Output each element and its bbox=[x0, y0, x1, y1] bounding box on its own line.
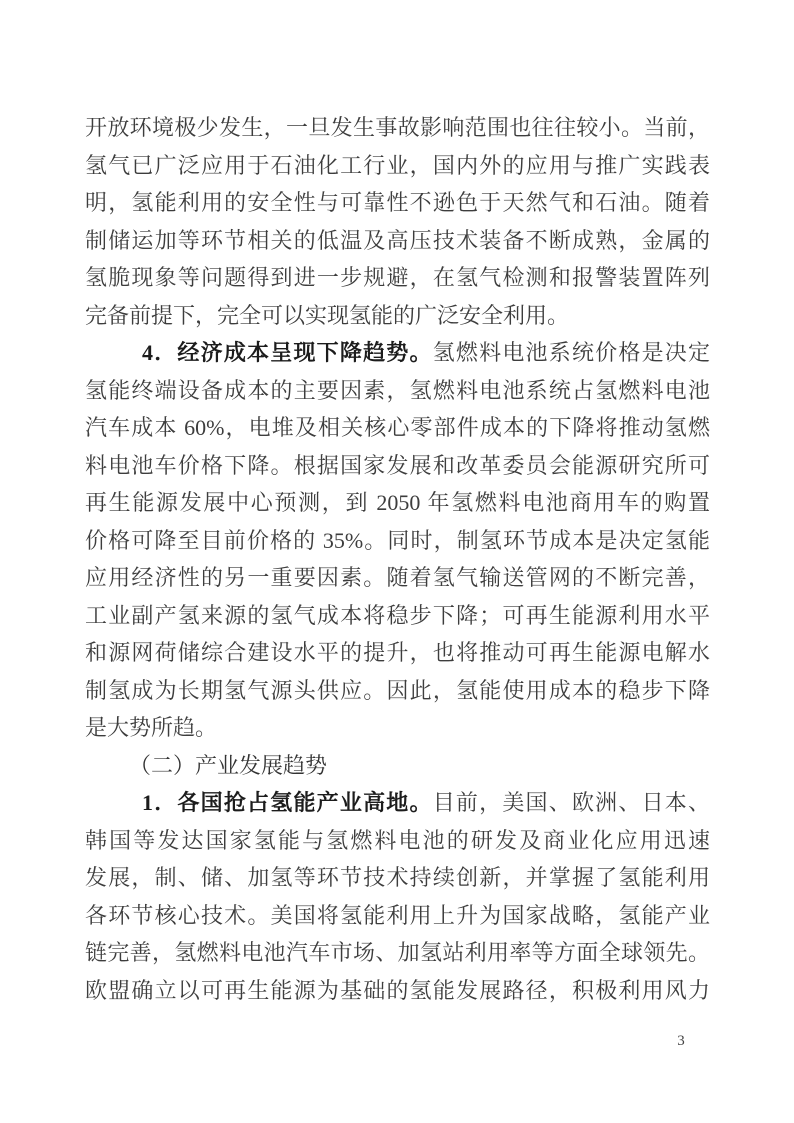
body-line: 发展，制、储、加氢等环节技术持续创新，并掌握了氢能利用 bbox=[85, 859, 710, 897]
numbered-paragraph-start: 1．各国抢占氢能产业高地。目前，美国、欧洲、日本、 bbox=[85, 784, 710, 822]
paragraph-heading-rest: 目前，美国、欧洲、日本、 bbox=[433, 790, 710, 815]
body-line: 价格可降至目前价格的 35%。同时，制氢环节成本是决定氢能 bbox=[85, 522, 710, 560]
body-line: 应用经济性的另一重要因素。随着氢气输送管网的不断完善， bbox=[85, 559, 710, 597]
body-line: 汽车成本 60%，电堆及相关核心零部件成本的下降将推动氢燃 bbox=[85, 409, 710, 447]
paragraph-heading-rest: 氢燃料电池系统价格是决定 bbox=[433, 340, 710, 365]
paragraph-heading-bold: 1．各国抢占氢能产业高地。 bbox=[142, 790, 433, 815]
body-line: 制氢成为长期氢气源头供应。因此，氢能使用成本的稳步下降 bbox=[85, 672, 710, 710]
body-line: 各环节核心技术。美国将氢能利用上升为国家战略，氢能产业 bbox=[85, 897, 710, 935]
body-line: 欧盟确立以可再生能源为基础的氢能发展路径，积极利用风力 bbox=[85, 972, 710, 1010]
body-line: 韩国等发达国家氢能与氢燃料电池的研发及商业化应用迅速 bbox=[85, 822, 710, 860]
body-line: 工业副产氢来源的氢气成本将稳步下降；可再生能源利用水平 bbox=[85, 597, 710, 635]
body-line: 开放环境极少发生，一旦发生事故影响范围也往往较小。当前， bbox=[85, 109, 710, 147]
body-line: 氢脆现象等问题得到进一步规避，在氢气检测和报警装置阵列 bbox=[85, 259, 710, 297]
body-line: 和源网荷储综合建设水平的提升，也将推动可再生能源电解水 bbox=[85, 634, 710, 672]
body-line: 氢气已广泛应用于石油化工行业，国内外的应用与推广实践表 bbox=[85, 147, 710, 185]
body-line: 氢能终端设备成本的主要因素，氢燃料电池系统占氢燃料电池 bbox=[85, 372, 710, 410]
body-line: 明，氢能利用的安全性与可靠性不逊色于天然气和石油。随着 bbox=[85, 184, 710, 222]
body-line: 制储运加等环节相关的低温及高压技术装备不断成熟，金属的 bbox=[85, 222, 710, 260]
paragraph-heading-bold: 4．经济成本呈现下降趋势。 bbox=[142, 340, 433, 365]
body-line: 料电池车价格下降。根据国家发展和改革委员会能源研究所可 bbox=[85, 447, 710, 485]
numbered-paragraph-start: 4．经济成本呈现下降趋势。氢燃料电池系统价格是决定 bbox=[85, 334, 710, 372]
page-number: 3 bbox=[669, 1032, 693, 1050]
document-page: 开放环境极少发生，一旦发生事故影响范围也往往较小。当前， 氢气已广泛应用于石油化… bbox=[0, 0, 794, 1123]
text-block: 开放环境极少发生，一旦发生事故影响范围也往往较小。当前， 氢气已广泛应用于石油化… bbox=[85, 109, 710, 1009]
body-line: 链完善，氢燃料电池汽车市场、加氢站利用率等方面全球领先。 bbox=[85, 934, 710, 972]
section-heading: （二）产业发展趋势 bbox=[85, 747, 710, 785]
body-line: 再生能源发展中心预测，到 2050 年氢燃料电池商用车的购置 bbox=[85, 484, 710, 522]
body-line: 完备前提下，完全可以实现氢能的广泛安全利用。 bbox=[85, 297, 710, 335]
body-line: 是大势所趋。 bbox=[85, 709, 710, 747]
